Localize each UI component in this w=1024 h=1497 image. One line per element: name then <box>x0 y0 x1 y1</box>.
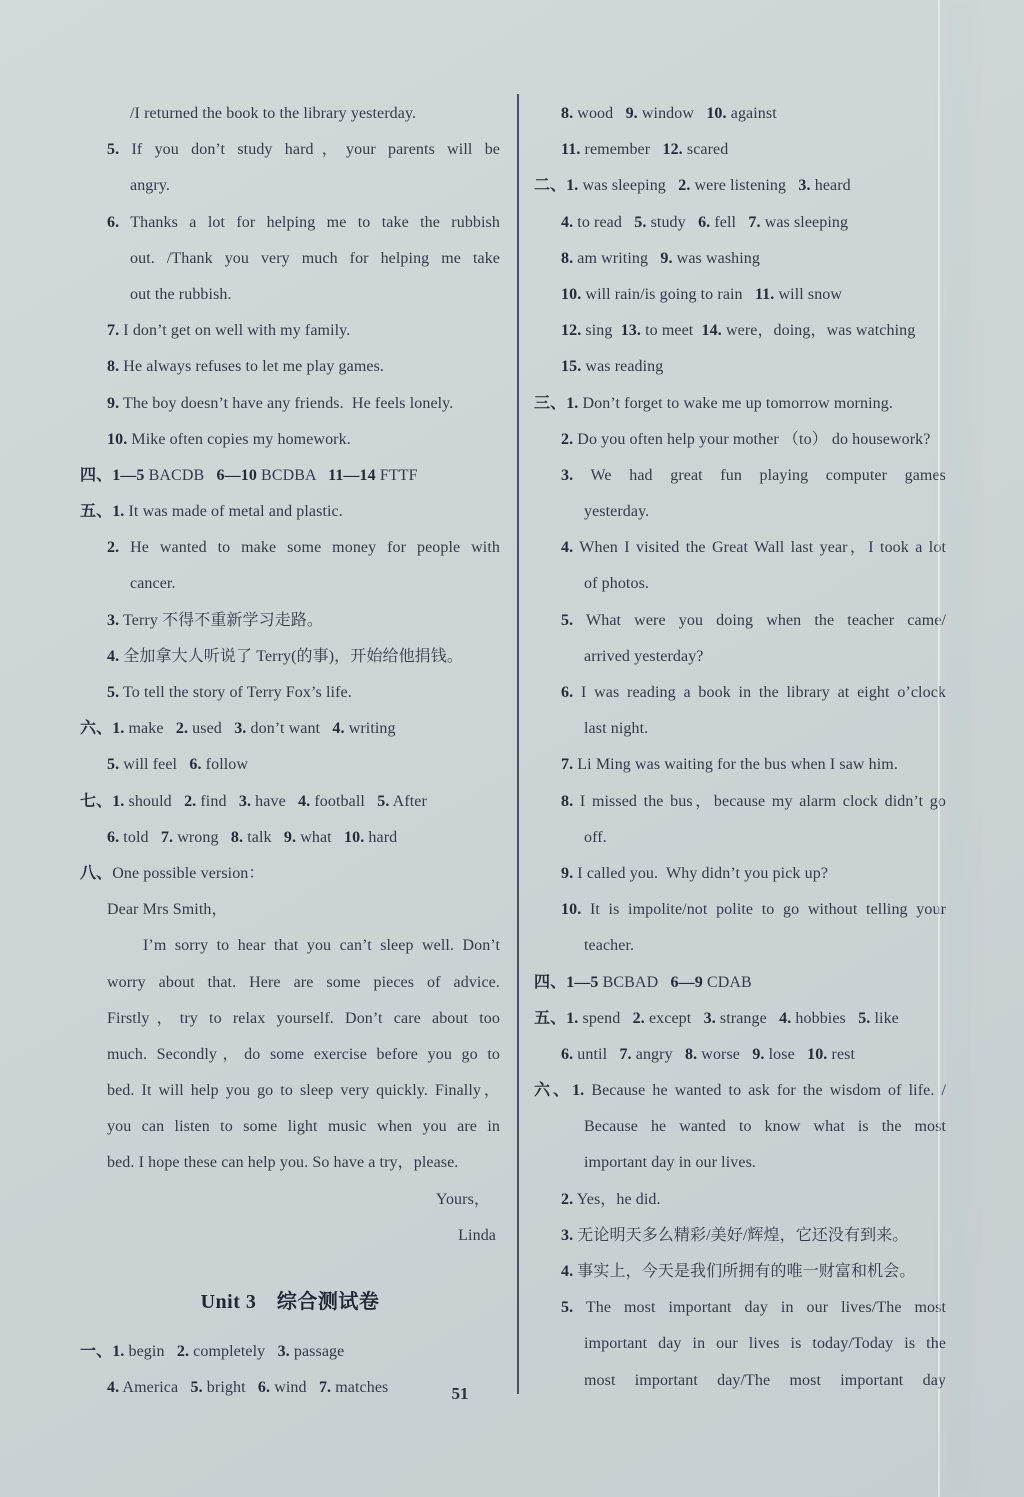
answer-line: 2. Yes，he did. <box>534 1182 946 1218</box>
answer-line: 三、1. Don’t forget to wake me up tomorrow… <box>534 386 946 422</box>
answer-line: 7. I don’t get on well with my family. <box>80 313 500 349</box>
answer-line: important day in our lives is today/Toda… <box>534 1326 946 1362</box>
answer-line: arrived yesterday? <box>534 639 946 675</box>
answer-line: of photos. <box>534 566 946 602</box>
answer-line: 2. He wanted to make some money for peop… <box>80 530 500 566</box>
answer-line: 11. remember 12. scared <box>534 132 946 168</box>
signature-line: Linda <box>80 1218 500 1254</box>
answer-line: I’m sorry to hear that you can’t sleep w… <box>80 928 500 964</box>
answer-line: 9. I called you. Why didn’t you pick up? <box>534 856 946 892</box>
answer-line: 六、1. Because he wanted to ask for the wi… <box>534 1073 946 1109</box>
answer-line: 8. He always refuses to let me play game… <box>80 349 500 385</box>
answer-line: 15. was reading <box>534 349 946 385</box>
answer-line: teacher. <box>534 928 946 964</box>
answer-line: 2. Do you often help your mother （to） do… <box>534 422 946 458</box>
answer-line: 5. What were you doing when the teacher … <box>534 603 946 639</box>
answer-line: 6. Thanks a lot for helping me to take t… <box>80 205 500 241</box>
answer-line: 3. 无论明天多么精彩/美好/辉煌，它还没有到来。 <box>534 1218 946 1254</box>
answer-line: /I returned the book to the library yest… <box>80 96 500 132</box>
answer-line: 6. told 7. wrong 8. talk 9. what 10. har… <box>80 820 500 856</box>
answer-line: 10. It is impolite/not polite to go with… <box>534 892 946 928</box>
answer-line: worry about that. Here are some pieces o… <box>80 965 500 1001</box>
answer-line: much. Secondly，do some exercise before y… <box>80 1037 500 1073</box>
answer-line: 3. We had great fun playing computer gam… <box>534 458 946 494</box>
left-column: /I returned the book to the library yest… <box>80 96 500 1406</box>
right-column: 8. wood 9. window 10. against11. remembe… <box>534 96 946 1399</box>
answer-line: 8. am writing 9. was washing <box>534 241 946 277</box>
answer-line: 八、One possible version： <box>80 856 500 892</box>
answer-line: 4. When I visited the Great Wall last ye… <box>534 530 946 566</box>
answer-line: 3. Terry 不得不重新学习走路。 <box>80 603 500 639</box>
answer-line: most important day/The most important da… <box>534 1363 946 1399</box>
answer-line: 二、1. was sleeping 2. were listening 3. h… <box>534 168 946 204</box>
answer-line: 6. until 7. angry 8. worse 9. lose 10. r… <box>534 1037 946 1073</box>
answer-line: 4. 全加拿大人听说了 Terry(的事)，开始给他捐钱。 <box>80 639 500 675</box>
page-number: 51 <box>430 1384 490 1404</box>
answer-line: cancer. <box>80 566 500 602</box>
answer-line: 5. To tell the story of Terry Fox’s life… <box>80 675 500 711</box>
answer-line: 4. to read 5. study 6. fell 7. was sleep… <box>534 205 946 241</box>
answer-line: 4. 事实上，今天是我们所拥有的唯一财富和机会。 <box>534 1254 946 1290</box>
answer-line: 12. sing 13. to meet 14. were，doing，was … <box>534 313 946 349</box>
answer-line: 七、1. should 2. find 3. have 4. football … <box>80 784 500 820</box>
answer-line: out the rubbish. <box>80 277 500 313</box>
answer-line: 10. Mike often copies my homework. <box>80 422 500 458</box>
answer-line: 8. I missed the bus，because my alarm clo… <box>534 784 946 820</box>
signature-line: Yours， <box>80 1182 500 1218</box>
answer-line: off. <box>534 820 946 856</box>
unit-heading: Unit 3 综合测试卷 <box>80 1280 500 1324</box>
answer-line: Firstly，try to relax yourself. Don’t car… <box>80 1001 500 1037</box>
answer-line: 四、1—5 BACDB 6—10 BCDBA 11—14 FTTF <box>80 458 500 494</box>
answer-line: 9. The boy doesn’t have any friends. He … <box>80 386 500 422</box>
answer-line: yesterday. <box>534 494 946 530</box>
answer-line: 六、1. make 2. used 3. don’t want 4. writi… <box>80 711 500 747</box>
answer-line: last night. <box>534 711 946 747</box>
answer-line: 7. Li Ming was waiting for the bus when … <box>534 747 946 783</box>
answer-line: important day in our lives. <box>534 1145 946 1181</box>
answer-line: 10. will rain/is going to rain 11. will … <box>534 277 946 313</box>
answer-line: Dear Mrs Smith， <box>80 892 500 928</box>
answer-line: 5. will feel 6. follow <box>80 747 500 783</box>
answer-line: bed. It will help you go to sleep very q… <box>80 1073 500 1109</box>
answer-line: 5. The most important day in our lives/T… <box>534 1290 946 1326</box>
answer-key-page: /I returned the book to the library yest… <box>0 0 1024 1497</box>
answer-line: Because he wanted to know what is the mo… <box>534 1109 946 1145</box>
column-divider <box>517 94 519 1394</box>
answer-line: angry. <box>80 168 500 204</box>
answer-line: 8. wood 9. window 10. against <box>534 96 946 132</box>
answer-line: 五、1. spend 2. except 3. strange 4. hobbi… <box>534 1001 946 1037</box>
answer-line: 5. If you don’t study hard，your parents … <box>80 132 500 168</box>
answer-line: 6. I was reading a book in the library a… <box>534 675 946 711</box>
answer-line: 一、1. begin 2. completely 3. passage <box>80 1334 500 1370</box>
answer-line: you can listen to some light music when … <box>80 1109 500 1145</box>
answer-line: 四、1—5 BCBAD 6—9 CDAB <box>534 965 946 1001</box>
answer-line: out. /Thank you very much for helping me… <box>80 241 500 277</box>
answer-line: bed. I hope these can help you. So have … <box>80 1145 500 1181</box>
answer-line: 五、1. It was made of metal and plastic. <box>80 494 500 530</box>
